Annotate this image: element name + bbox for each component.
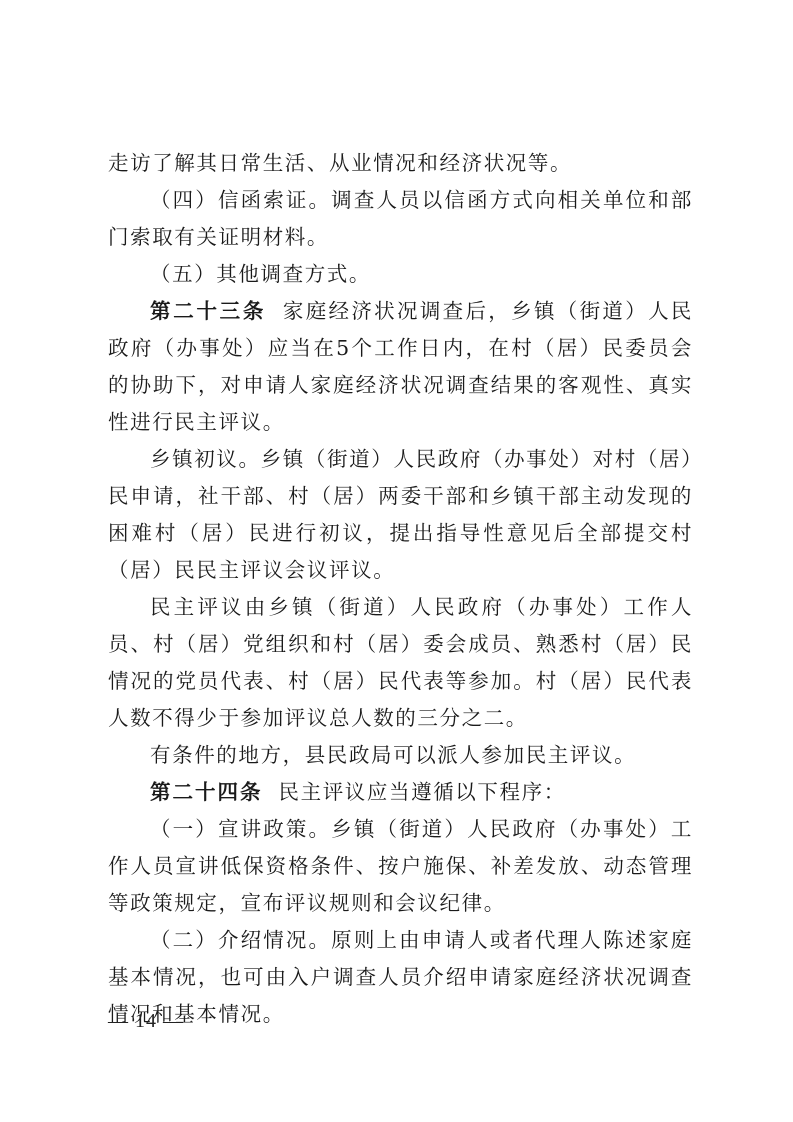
article-23: 第二十三条家庭经济状况调查后，乡镇（街道）人民政府（办事处）应当在5个工作日内，…	[108, 293, 693, 441]
paragraph-text: （一）宣讲政策。乡镇（街道）人民政府（办事处）工作人员宣讲低保资格条件、按户施保…	[108, 817, 693, 915]
paragraph-text: 乡镇初议。乡镇（街道）人民政府（办事处）对村（居）民申请，社干部、村（居）两委干…	[108, 447, 693, 582]
paragraph-text: （二）介绍情况。原则上由申请人或者代理人陈述家庭基本情况，也可由入户调查人员介绍…	[108, 928, 693, 1026]
article-24: 第二十四条民主评议应当遵循以下程序：	[108, 774, 693, 811]
paragraph-2: （四）信函索证。调查人员以信函方式向相关单位和部门索取有关证明材料。	[108, 182, 693, 256]
paragraph-3: （五）其他调查方式。	[108, 256, 693, 293]
paragraph-text: （四）信函索证。调查人员以信函方式向相关单位和部门索取有关证明材料。	[108, 188, 693, 249]
paragraph-10: （二）介绍情况。原则上由申请人或者代理人陈述家庭基本情况，也可由入户调查人员介绍…	[108, 922, 693, 1033]
paragraph-text: （五）其他调查方式。	[150, 262, 371, 286]
paragraph-text: 有条件的地方，县民政局可以派人参加民主评议。	[150, 743, 636, 767]
document-body: 走访了解其日常生活、从业情况和经济状况等。 （四）信函索证。调查人员以信函方式向…	[108, 145, 693, 1033]
article-heading: 第二十三条	[150, 299, 266, 323]
paragraph-7: 有条件的地方，县民政局可以派人参加民主评议。	[108, 737, 693, 774]
paragraph-5: 乡镇初议。乡镇（街道）人民政府（办事处）对村（居）民申请，社干部、村（居）两委干…	[108, 441, 693, 589]
article-heading: 第二十四条	[150, 780, 263, 804]
paragraph-text: 走访了解其日常生活、从业情况和经济状况等。	[108, 151, 572, 175]
paragraph-text: 民主评议应当遵循以下程序：	[279, 780, 566, 804]
paragraph-9: （一）宣讲政策。乡镇（街道）人民政府（办事处）工作人员宣讲低保资格条件、按户施保…	[108, 811, 693, 922]
paragraph-6: 民主评议由乡镇（街道）人民政府（办事处）工作人员、村（居）党组织和村（居）委会成…	[108, 589, 693, 737]
paragraph-1: 走访了解其日常生活、从业情况和经济状况等。	[108, 145, 693, 182]
page-number: — 14 —	[108, 1010, 184, 1033]
paragraph-text: 民主评议由乡镇（街道）人民政府（办事处）工作人员、村（居）党组织和村（居）委会成…	[108, 595, 693, 730]
